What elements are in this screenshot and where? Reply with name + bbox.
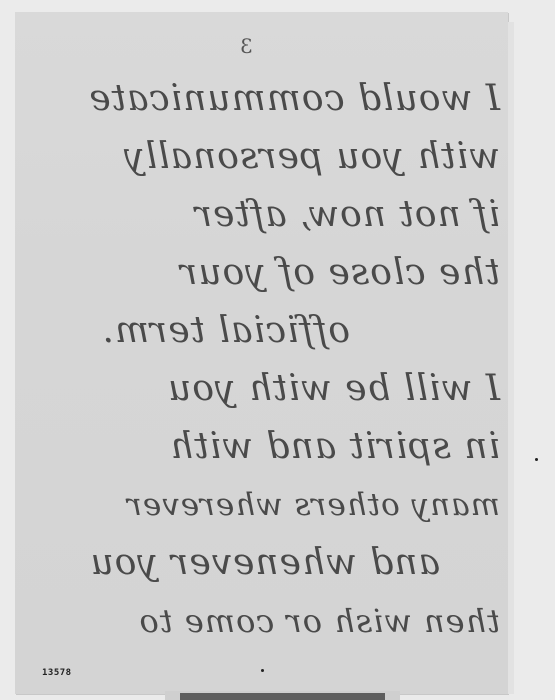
handwriting-line: I would communicate (30, 70, 500, 128)
handwriting-line: I will be with you (30, 360, 500, 418)
page-number: 3 (240, 34, 253, 58)
handwriting-line: and whenever you (30, 534, 500, 592)
ink-speck (535, 458, 538, 461)
handwriting-line: many others wherever (30, 476, 500, 534)
handwriting-line: official term. (30, 302, 500, 360)
ink-speck (261, 669, 264, 672)
scan-bottom-strip (180, 693, 385, 700)
scanned-page: 3 I would communicate with you personall… (0, 0, 555, 700)
catalog-number: 13578 (42, 668, 72, 678)
handwriting-line: in spirit and with (30, 418, 500, 476)
handwritten-text: I would communicate with you personally … (30, 70, 500, 650)
handwriting-line: with you personally (30, 128, 500, 186)
handwriting-line: the close of your (30, 244, 500, 302)
handwriting-line: if not now, after (30, 186, 500, 244)
sheet-edge (508, 22, 514, 694)
handwriting-line: then wish or come to (30, 592, 500, 650)
